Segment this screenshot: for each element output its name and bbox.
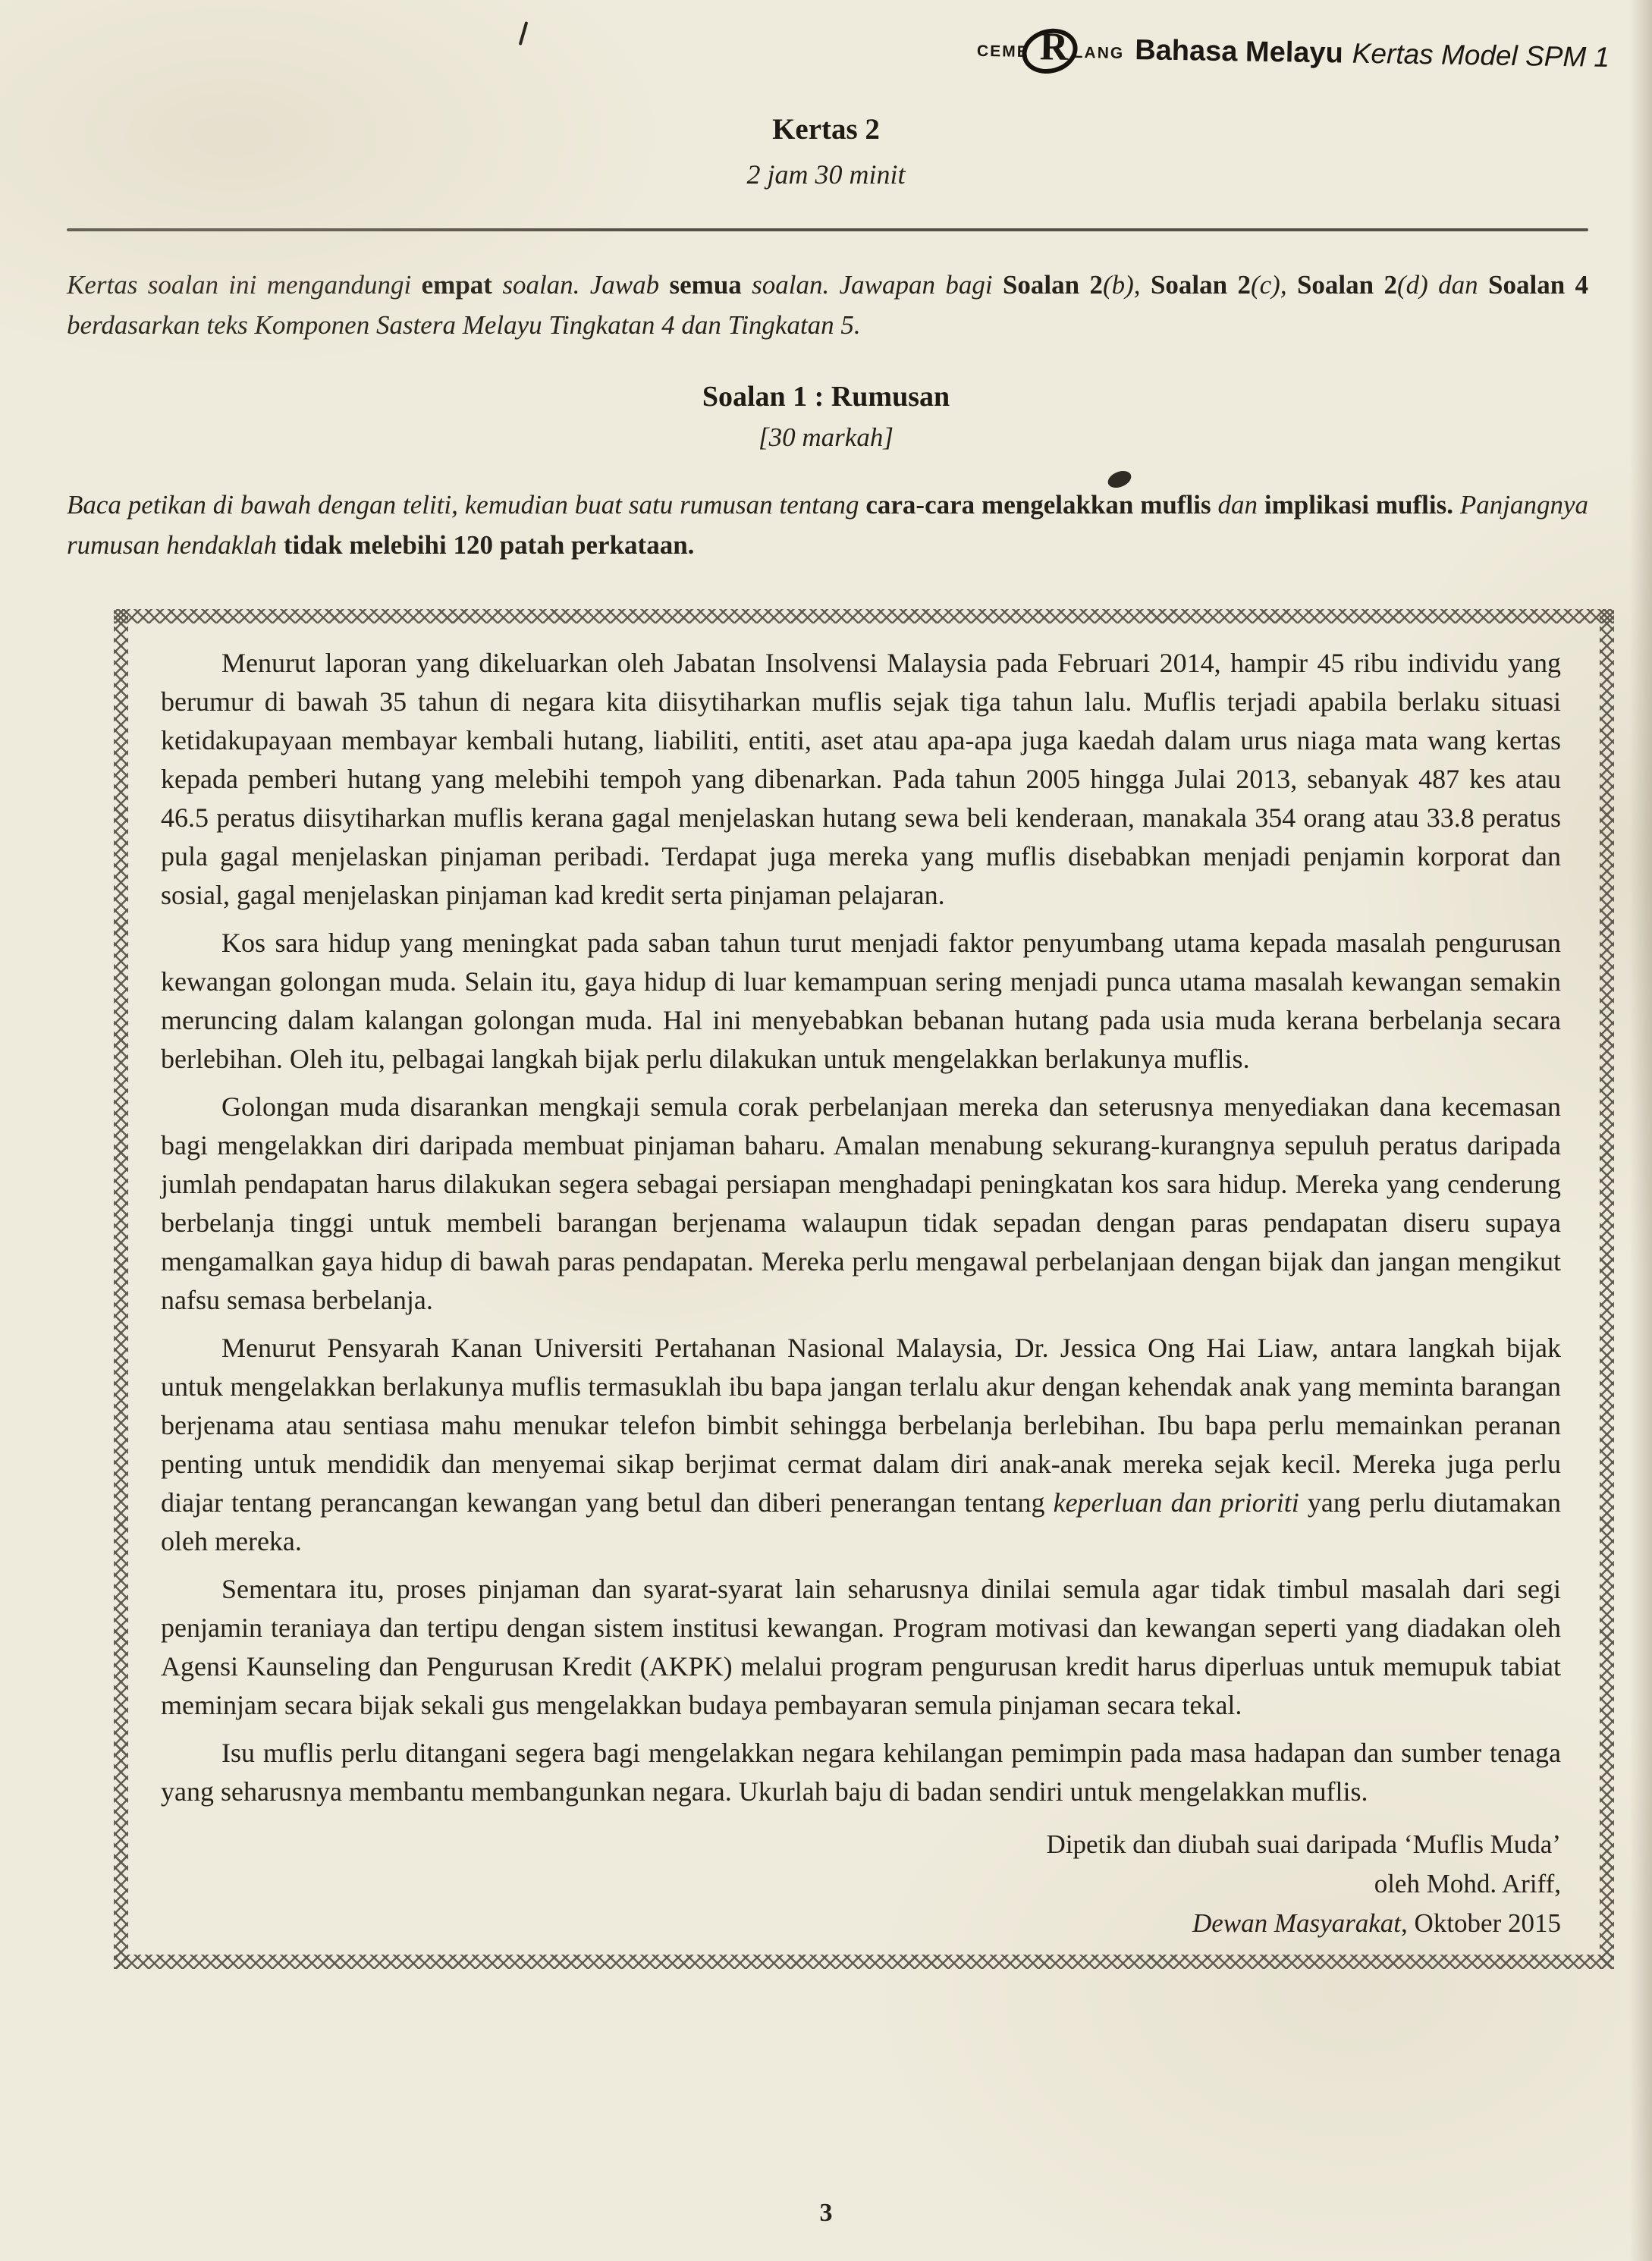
page-header: CEME R LANG Bahasa Melayu Kertas Model S… <box>977 24 1610 82</box>
text-segment: Golongan muda disarankan mengkaji semula… <box>161 1091 1561 1315</box>
text-segment: implikasi muflis. <box>1264 490 1453 520</box>
text-segment: keperluan dan prioriti <box>1054 1487 1299 1518</box>
text-segment: Dipetik dan diubah suai daripada ‘Muflis… <box>1047 1829 1561 1859</box>
passage-attribution: Dipetik dan diubah suai daripada ‘Muflis… <box>161 1825 1561 1943</box>
text-segment: , Oktober 2015 <box>1401 1908 1561 1938</box>
text-segment: cara-cara mengelakkan muflis <box>865 490 1211 520</box>
text-segment: Soalan 4 <box>1488 270 1588 300</box>
question-instruction: Baca petikan di bawah dengan teliti, kem… <box>67 485 1588 565</box>
text-segment: soalan. Jawab <box>492 270 670 300</box>
logo-text-post: LANG <box>1073 44 1124 63</box>
text-segment: Dewan Masyarakat <box>1192 1908 1401 1938</box>
box-border-left <box>114 609 128 1969</box>
box-border-right <box>1600 609 1614 1969</box>
question-heading: Soalan 1 : Rumusan <box>0 380 1652 413</box>
logo-letter-r: R <box>1039 24 1069 71</box>
passage-box: Menurut laporan yang dikeluarkan oleh Ja… <box>114 609 1614 1969</box>
exam-instructions: Kertas soalan ini mengandungi empat soal… <box>67 265 1588 345</box>
passage-paragraph-6: Isu muflis perlu ditangani segera bagi m… <box>161 1734 1561 1811</box>
logo-r-ellipse-icon: R <box>1024 24 1078 74</box>
box-border-top <box>114 609 1614 623</box>
text-segment: Soalan 2 <box>1003 270 1103 300</box>
text-segment: berdasarkan teks Komponen Sastera Melayu… <box>67 310 861 340</box>
text-segment: soalan. Jawapan bagi <box>742 270 1003 300</box>
text-segment: Soalan 2 <box>1297 270 1397 300</box>
text-segment: (c), <box>1251 270 1297 300</box>
page-number: 3 <box>0 2199 1652 2228</box>
passage-paragraph-4: Menurut Pensyarah Kanan Universiti Perta… <box>161 1329 1561 1561</box>
question-marks: [30 markah] <box>0 422 1652 453</box>
passage-text: Menurut laporan yang dikeluarkan oleh Ja… <box>161 644 1561 1943</box>
attribution-line-author: oleh Mohd. Ariff, <box>161 1864 1561 1904</box>
passage-paragraph-3: Golongan muda disarankan mengkaji semula… <box>161 1088 1561 1320</box>
text-segment: oleh Mohd. Ariff, <box>1374 1869 1561 1898</box>
box-border-bottom <box>114 1955 1614 1969</box>
text-segment: tidak melebihi 120 patah perkataan. <box>284 530 695 560</box>
scanned-exam-page: CEME R LANG Bahasa Melayu Kertas Model S… <box>0 0 1652 2261</box>
text-segment: Baca petikan di bawah dengan teliti, kem… <box>67 490 865 520</box>
text-segment: (b), <box>1103 270 1151 300</box>
text-segment: Kos sara hidup yang meningkat pada saban… <box>161 928 1561 1074</box>
pen-mark <box>519 21 529 46</box>
paper-title: Kertas 2 <box>0 112 1652 146</box>
cemerlang-logo: CEME R LANG <box>977 24 1125 74</box>
paper-duration: 2 jam 30 minit <box>0 159 1652 190</box>
passage-paragraph-1: Menurut laporan yang dikeluarkan oleh Ja… <box>161 644 1561 915</box>
text-segment: Isu muflis perlu ditangani segera bagi m… <box>161 1738 1561 1807</box>
text-segment: (d) dan <box>1397 270 1488 300</box>
divider-rule <box>67 228 1588 231</box>
text-segment: Soalan 2 <box>1151 270 1251 300</box>
text-segment: dan <box>1211 490 1264 520</box>
text-segment: semua <box>670 270 742 300</box>
text-segment: Menurut laporan yang dikeluarkan oleh Ja… <box>161 648 1561 910</box>
passage-paragraph-5: Sementara itu, proses pinjaman dan syara… <box>161 1570 1561 1725</box>
text-segment: Kertas soalan ini mengandungi <box>67 270 422 300</box>
text-segment: empat <box>422 270 492 300</box>
passage-paragraph-2: Kos sara hidup yang meningkat pada saban… <box>161 924 1561 1079</box>
header-paper-title: Kertas Model SPM 1 <box>1352 38 1610 74</box>
attribution-line-source: Dipetik dan diubah suai daripada ‘Muflis… <box>161 1825 1561 1864</box>
header-subject: Bahasa Melayu <box>1135 34 1343 70</box>
text-segment: Sementara itu, proses pinjaman dan syara… <box>161 1574 1561 1720</box>
attribution-line-publication: Dewan Masyarakat, Oktober 2015 <box>161 1904 1561 1943</box>
